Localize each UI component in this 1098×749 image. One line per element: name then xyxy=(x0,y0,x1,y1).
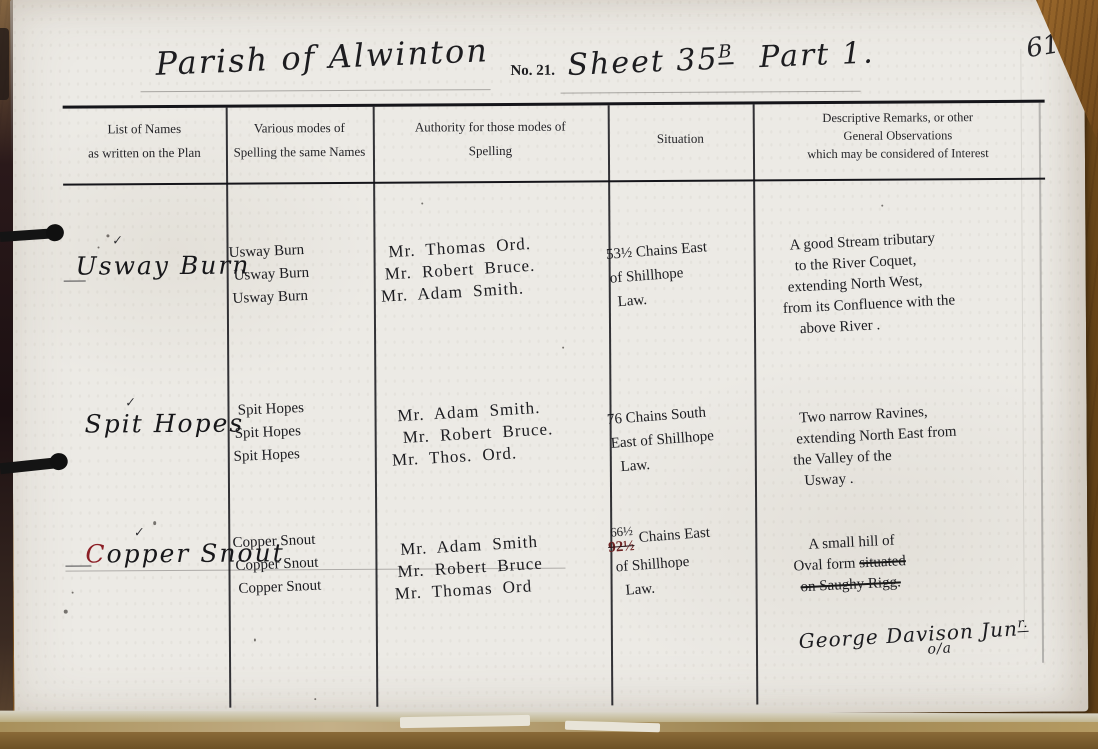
spellings-cell: Spit Hopes Spit Hopes Spit Hopes xyxy=(231,397,306,469)
spelling-entry: Usway Burn xyxy=(232,285,310,311)
signature-superscript: r. xyxy=(1017,616,1029,633)
column-header-remarks: Descriptive Remarks, or other General Ob… xyxy=(753,108,1043,164)
parish-title: Parish of Alwinton xyxy=(155,31,490,83)
ink-speckle xyxy=(64,610,68,614)
check-mark-icon: ✓ xyxy=(132,525,144,540)
table-rule-top xyxy=(63,100,1045,109)
column-header-spelling-modes: Various modes of Spelling the same Names xyxy=(226,116,373,165)
situation-cell: 53½ Chains East of Shillhope Law. xyxy=(605,235,711,314)
corrected-value: 66½ xyxy=(610,524,637,540)
remark-text: Oval form xyxy=(793,555,860,574)
ink-speckle xyxy=(153,521,156,525)
page-stack-edge xyxy=(0,732,1098,749)
book-spine-edge xyxy=(0,0,13,749)
spelling-entry: Copper Snout xyxy=(238,575,322,601)
ink-speckle xyxy=(314,698,316,700)
correction-stack: 66½ 92½ xyxy=(607,524,635,556)
name-cell: Usway Burn xyxy=(76,251,251,281)
column-header-line: List of Names xyxy=(63,117,226,142)
torn-page-corner xyxy=(400,715,530,728)
ink-speckle xyxy=(421,202,423,204)
situation-cell: 76 Chains South East of Shillhope Law. xyxy=(606,400,716,480)
remarks-cell: A good Stream tributary to the River Coq… xyxy=(779,228,956,341)
sheet-number-label: No. 21. xyxy=(510,63,555,80)
name-book-page: Parish of Alwinton No. 21. Sheet 35B Par… xyxy=(10,0,1088,718)
column-header-line: Descriptive Remarks, or other xyxy=(753,108,1043,128)
sheet-title: Sheet 35B Part 1. xyxy=(567,35,875,83)
situation-line: Chains East xyxy=(638,525,710,546)
column-header-line: Spelling xyxy=(373,138,608,163)
spelling-entry: Spit Hopes xyxy=(233,443,306,469)
column-header-line: as written on the Plan xyxy=(63,141,226,166)
situation-cell: 66½ 92½ Chains East of Shillhope Law. xyxy=(607,518,715,604)
name-red-initial: C xyxy=(85,539,106,568)
sheet-superscript: B xyxy=(718,41,734,65)
ink-speckle xyxy=(562,347,564,349)
remark-struck-text: on Saughy Rigg. xyxy=(800,572,907,598)
column-header-authority: Authority for those modes of Spelling xyxy=(373,114,608,163)
ink-speckle xyxy=(106,234,109,237)
spelling-entry: Spit Hopes xyxy=(237,397,304,423)
check-mark-icon: ✓ xyxy=(111,233,123,248)
remark-struck-text: situated xyxy=(859,553,906,571)
column-header-situation: Situation xyxy=(608,126,753,151)
table-rule-header-bottom xyxy=(63,178,1045,186)
ink-speckle xyxy=(881,205,883,207)
authority-cell: Mr. Thomas Ord. Mr. Robert Bruce. Mr. Ad… xyxy=(378,233,537,308)
document-scan: Parish of Alwinton No. 21. Sheet 35B Par… xyxy=(0,0,1098,749)
column-header-line: Situation xyxy=(608,126,753,151)
column-header-line: General Observations xyxy=(753,126,1043,146)
ink-speckle xyxy=(72,592,74,594)
ink-speckle xyxy=(254,639,256,642)
column-header-line: Authority for those modes of xyxy=(373,114,608,139)
ink-speckle xyxy=(98,246,100,248)
surveyor-signature: George Davison Junr. o/a xyxy=(798,616,1030,665)
column-header-line: which may be considered of Interest xyxy=(753,144,1043,164)
column-divider-2 xyxy=(373,107,378,707)
spelling-entry: Usway Burn xyxy=(233,262,309,288)
parish-underline xyxy=(141,89,491,92)
table-edge-right xyxy=(1039,103,1044,663)
remarks-cell: A small hill of Oval form situated on Sa… xyxy=(792,530,907,599)
name-cell: Spit Hopes xyxy=(85,409,245,439)
column-header-names: List of Names as written on the Plan xyxy=(63,117,226,166)
authority-cell: Mr. Adam Smith Mr. Robert Bruce Mr. Thom… xyxy=(384,531,545,606)
sheet-underline xyxy=(561,91,861,94)
authority-cell: Mr. Adam Smith. Mr. Robert Bruce. Mr. Th… xyxy=(379,396,555,472)
spelling-entry: Usway Burn xyxy=(228,239,308,265)
column-header-line: Various modes of xyxy=(226,116,373,141)
remarks-cell: Two narrow Ravines, extending North East… xyxy=(791,401,959,493)
column-header-line: Spelling the same Names xyxy=(226,140,373,165)
spelling-entry: Spit Hopes xyxy=(234,420,305,446)
part-label: Part 1. xyxy=(759,35,876,75)
name-lead-dash xyxy=(64,281,86,282)
column-divider-4 xyxy=(753,104,758,704)
spine-shadow-mark xyxy=(0,28,9,100)
spellings-cell: Usway Burn Usway Burn Usway Burn xyxy=(228,239,310,311)
sheet-label: Sheet 35 xyxy=(567,42,719,83)
column-divider-3 xyxy=(608,105,613,705)
check-mark-icon: ✓ xyxy=(123,395,135,410)
spellings-cell: Copper Snout Copper Snout Copper Snout xyxy=(232,529,322,602)
